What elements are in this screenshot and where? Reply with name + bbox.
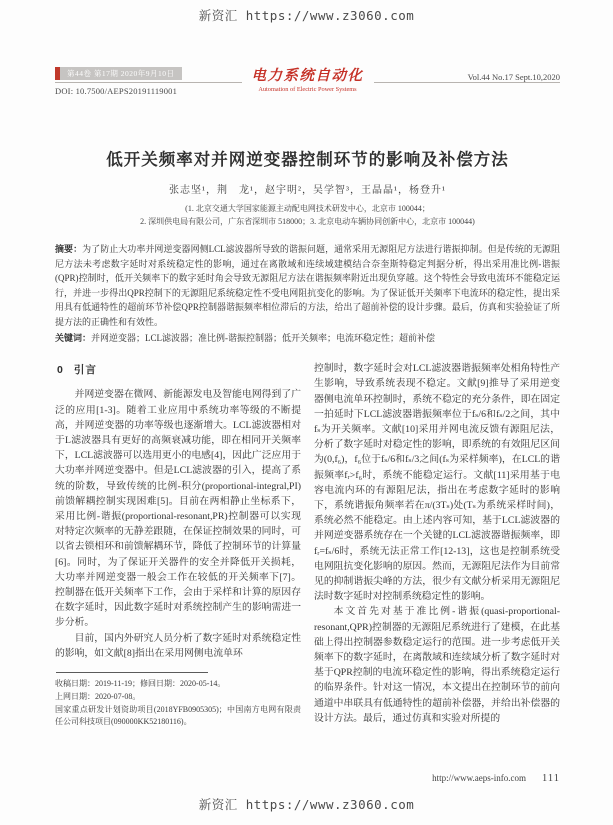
footnote-online-date: 上网日期：2020-07-08。: [55, 691, 301, 704]
section-title: 引言: [74, 364, 97, 376]
footnote-received-date: 收稿日期：2019-11-19；修回日期：2020-05-14。: [55, 678, 301, 691]
journal-logo-en: Automation of Electric Power Systems: [252, 86, 364, 93]
article-content: 低开关频率对并网逆变器控制环节的影响及补偿方法 张志坚¹，荆 龙¹，赵宇明²，吴…: [55, 146, 560, 729]
page-number: 111: [542, 773, 560, 784]
footnote-block: 收稿日期：2019-11-19；修回日期：2020-05-14。 上网日期：20…: [55, 678, 301, 729]
abstract-block: 摘要：为了防止大功率并网逆变器网侧LCL滤波器所导致的谐振问题，通常采用无源阻尼…: [55, 242, 560, 330]
left-column: 0引言 并网逆变器在微网、新能源发电及智能电网得到了广泛的应用[1-3]。随着工…: [55, 361, 301, 729]
paper-page: 新资汇 https://www.z3060.com 第44卷 第17期 2020…: [0, 0, 613, 825]
section-number: 0: [57, 364, 64, 376]
watermark-bottom: 新资汇 https://www.z3060.com: [0, 795, 613, 813]
author-line: 张志坚¹，荆 龙¹，赵宇明²，吴学智³，王晶晶¹，杨登升¹: [55, 181, 560, 196]
body-paragraph: 控制时，数字延时会对LCL滤波器谐振频率处相角特性产生影响，导致系统表现不稳定。…: [314, 361, 560, 604]
keywords-text: 并网逆变器；LCL滤波器；准比例-谐振控制器；低开关频率；电流环稳定性；超前补偿: [91, 333, 435, 343]
footnote-funding: 国家重点研发计划资助项目(2018YFB0905305)；中国南方电网有限责任公…: [55, 704, 301, 730]
body-columns: 0引言 并网逆变器在微网、新能源发电及智能电网得到了广泛的应用[1-3]。随着工…: [55, 361, 560, 729]
affiliation-line-1: (1. 北京交通大学国家能源主动配电网技术研发中心，北京市 100044；: [55, 203, 560, 216]
watermark-top: 新资汇 https://www.z3060.com: [0, 6, 613, 24]
keywords-label: 关键词：: [55, 333, 91, 343]
issue-badge: 第44卷 第17期 2020年9月10日: [55, 67, 182, 80]
issue-info-en: Vol.44 No.17 Sept.10,2020: [468, 72, 560, 82]
body-paragraph: 目前，国内外研究人员分析了数字延时对系统稳定性的影响，如文献[8]指出在采用网侧…: [55, 631, 301, 661]
right-column: 控制时，数字延时会对LCL滤波器谐振频率处相角特性产生影响，导致系统表现不稳定。…: [314, 361, 560, 729]
page-footer: http://www.aeps-info.com111: [432, 773, 560, 784]
abstract-text: 为了防止大功率并网逆变器网侧LCL滤波器所导致的谐振问题，通常采用无源阻尼方法进…: [55, 244, 560, 327]
keywords-block: 关键词：并网逆变器；LCL滤波器；准比例-谐振控制器；低开关频率；电流环稳定性；…: [55, 331, 560, 346]
issue-badge-text: 第44卷 第17期 2020年9月10日: [60, 67, 182, 80]
abstract-label: 摘要：: [55, 244, 82, 254]
journal-url: http://www.aeps-info.com: [432, 773, 526, 783]
journal-logo: 电力系统自动化 Automation of Electric Power Sys…: [242, 64, 374, 93]
footnote-divider: [56, 672, 208, 673]
journal-logo-cn: 电力系统自动化: [252, 64, 364, 85]
affiliation-line-2: 2. 深圳供电局有限公司，广东省深圳市 518000；3. 北京电动车辆协同创新…: [55, 216, 560, 229]
doi-text: DOI: 10.7500/AEPS20191119001: [55, 86, 177, 96]
journal-header: 第44卷 第17期 2020年9月10日 DOI: 10.7500/AEPS20…: [55, 60, 560, 108]
article-title: 低开关频率对并网逆变器控制环节的影响及补偿方法: [55, 146, 560, 170]
body-paragraph: 并网逆变器在微网、新能源发电及智能电网得到了广泛的应用[1-3]。随着工业应用中…: [55, 387, 301, 630]
section-heading-introduction: 0引言: [57, 363, 301, 378]
body-paragraph: 本文首先对基于准比例-谐振(quasi-proportional-resonan…: [314, 604, 560, 726]
